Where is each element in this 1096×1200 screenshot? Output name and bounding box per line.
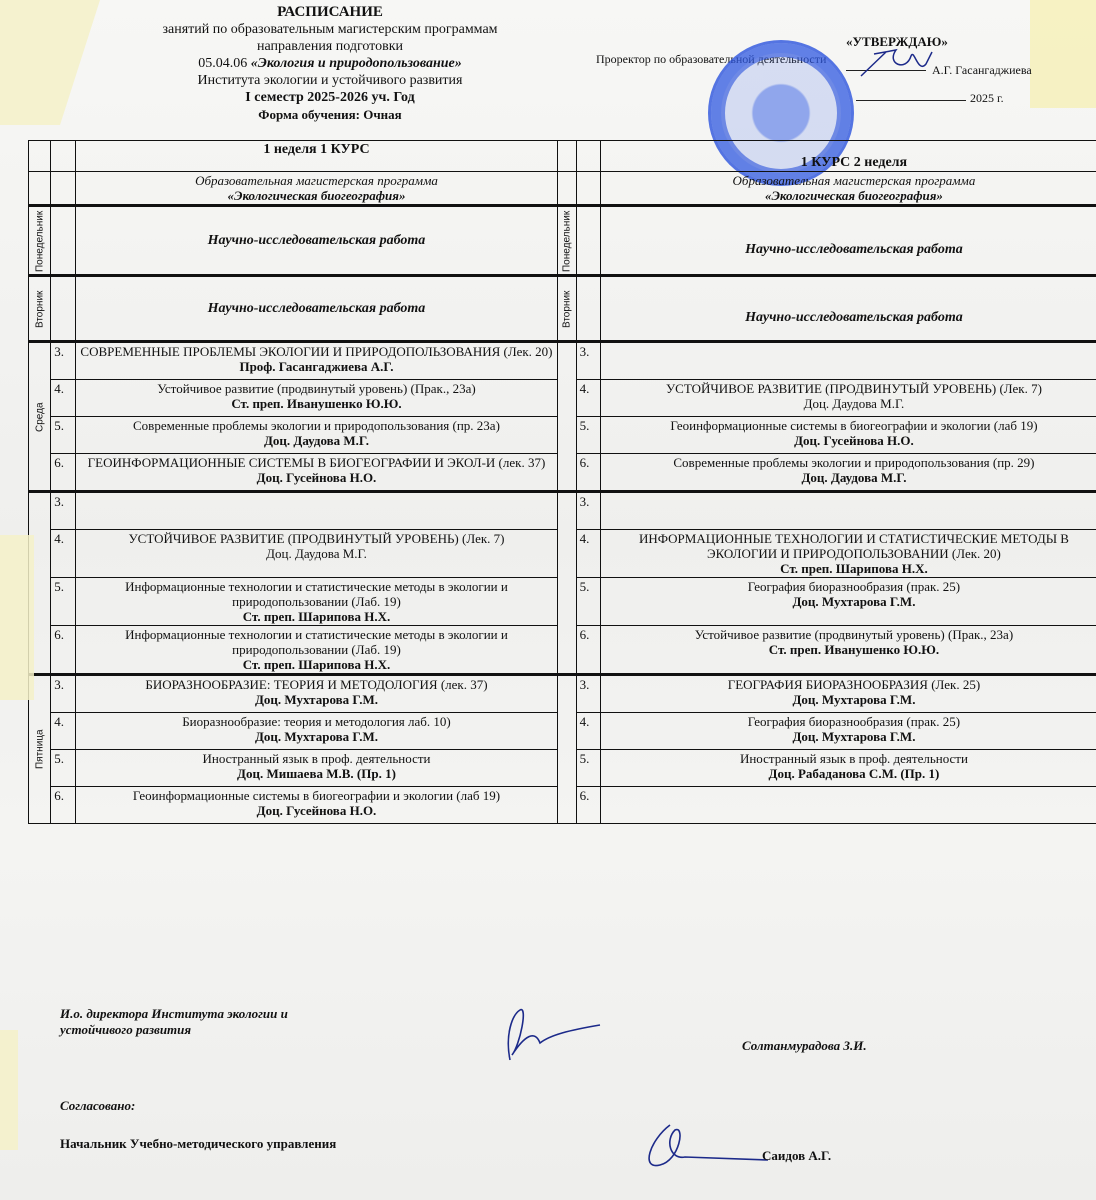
wednesday-w2-lesson-6: Современные проблемы экологии и природоп…: [600, 454, 1096, 492]
signature-icon: [856, 44, 936, 84]
header-semester: I семестр 2025-2026 уч. Год: [110, 89, 550, 106]
subject: ГЕОИНФОРМАЦИОННЫЕ СИСТЕМЫ В БИОГЕОГРАФИИ…: [79, 455, 555, 470]
subject: ИНФОРМАЦИОННЫЕ ТЕХНОЛОГИИ И СТАТИСТИЧЕСК…: [604, 531, 1096, 561]
teacher: Доц. Рабаданова С.М. (Пр. 1): [604, 766, 1096, 781]
subject: Информационные технологии и статистическ…: [79, 627, 555, 657]
teacher: Доц. Мухтарова Г.М.: [604, 594, 1096, 609]
tuesday-week1-nir: Научно-исследовательская работа: [75, 276, 558, 342]
thursday-w1-lesson-5: Информационные технологии и статистическ…: [75, 578, 558, 626]
day-monday-w2: Понедельник: [558, 206, 576, 276]
lesson-number: 6.: [51, 454, 75, 492]
subject: География биоразнообразия (прак. 25): [604, 714, 1096, 729]
lesson-number: 4.: [51, 713, 75, 750]
director-name: Солтанмурадова З.И.: [742, 1038, 867, 1054]
document-title: РАСПИСАНИЕ: [110, 4, 550, 21]
subject: Устойчивое развитие (продвинутый уровень…: [604, 627, 1096, 642]
friday-w1-lesson-5: Иностранный язык в проф. деятельностиДоц…: [75, 750, 558, 787]
lesson-number: 5.: [51, 417, 75, 454]
approval-name: А.Г. Гасангаджиева: [932, 63, 1032, 78]
director-role: И.о. директора Института экологии и усто…: [60, 1006, 360, 1038]
subject: Информационные технологии и статистическ…: [79, 579, 555, 609]
tuesday-week2-nir: Научно-исследовательская работа: [600, 276, 1096, 342]
tape-top-right: [1030, 0, 1096, 108]
lesson-number: 5.: [576, 578, 600, 626]
lesson-number: 5.: [51, 750, 75, 787]
teacher: Доц. Мухтарова Г.М.: [79, 692, 555, 707]
wednesday-w1-lesson-4: Устойчивое развитие (продвинутый уровень…: [75, 380, 558, 417]
teacher: Проф. Гасангаджиева А.Г.: [79, 359, 555, 374]
teacher: Доц. Гусейнова Н.О.: [79, 470, 555, 485]
lesson-number: 6.: [576, 626, 600, 675]
friday-w2-lesson-6: [600, 787, 1096, 824]
teacher: Доц. Мухтарова Г.М.: [604, 692, 1096, 707]
subject: СОВРЕМЕННЫЕ ПРОБЛЕМЫ ЭКОЛОГИИ И ПРИРОДОП…: [79, 344, 555, 359]
friday-w2-lesson-5: Иностранный язык в проф. деятельностиДоц…: [600, 750, 1096, 787]
teacher: Доц. Даудова М.Г.: [79, 433, 555, 448]
subject: Геоинформационные системы в биогеографии…: [604, 418, 1096, 433]
teacher: Доц. Даудова М.Г.: [604, 396, 1096, 411]
teacher: Ст. преп. Шарипова Н.Х.: [79, 609, 555, 624]
thursday-w1-lesson-6: Информационные технологии и статистическ…: [75, 626, 558, 675]
day-tuesday: Вторник: [29, 276, 51, 342]
lesson-number: 4.: [51, 380, 75, 417]
lesson-number: 3.: [51, 492, 75, 530]
teacher: Доц. Мишаева М.В. (Пр. 1): [79, 766, 555, 781]
lesson-number: 3.: [576, 675, 600, 713]
subject: Современные проблемы экологии и природоп…: [79, 418, 555, 433]
monday-week1-nir: Научно-исследовательская работа: [75, 206, 558, 276]
friday-w2-lesson-3: ГЕОГРАФИЯ БИОРАЗНООБРАЗИЯ (Лек. 25)Доц. …: [600, 675, 1096, 713]
friday-w1-lesson-3: БИОРАЗНООБРАЗИЕ: ТЕОРИЯ И МЕТОДОЛОГИЯ (л…: [75, 675, 558, 713]
thursday-w1-lesson-4: УСТОЙЧИВОЕ РАЗВИТИЕ (ПРОДВИНУТЫЙ УРОВЕНЬ…: [75, 530, 558, 578]
date-line: [856, 100, 966, 101]
monday-week2-nir: Научно-исследовательская работа: [600, 206, 1096, 276]
subject: БИОРАЗНООБРАЗИЕ: ТЕОРИЯ И МЕТОДОЛОГИЯ (л…: [79, 677, 555, 692]
lesson-number: 4.: [576, 380, 600, 417]
friday-w1-lesson-4: Биоразнообразие: теория и методология ла…: [75, 713, 558, 750]
thursday-w2-lesson-4: ИНФОРМАЦИОННЫЕ ТЕХНОЛОГИИ И СТАТИСТИЧЕСК…: [600, 530, 1096, 578]
wednesday-w1-lesson-3: СОВРЕМЕННЫЕ ПРОБЛЕМЫ ЭКОЛОГИИ И ПРИРОДОП…: [75, 342, 558, 380]
week1-program: Образовательная магистерская программа«Э…: [75, 172, 558, 206]
wednesday-w2-lesson-3: [600, 342, 1096, 380]
teacher: Ст. преп. Шарипова Н.Х.: [604, 561, 1096, 576]
tape-bottom-left: [0, 1030, 18, 1150]
teacher: Доц. Мухтарова Г.М.: [79, 729, 555, 744]
subject: Устойчивое развитие (продвинутый уровень…: [79, 381, 555, 396]
thursday-w2-lesson-3: [600, 492, 1096, 530]
thursday-w1-lesson-3: [75, 492, 558, 530]
wednesday-w1-lesson-5: Современные проблемы экологии и природоп…: [75, 417, 558, 454]
lesson-number: 3.: [576, 492, 600, 530]
day-tuesday-w2: Вторник: [558, 276, 576, 342]
program-code: 05.04.06: [198, 56, 247, 71]
lesson-number: 6.: [576, 454, 600, 492]
lesson-row: Пятница3.БИОРАЗНООБРАЗИЕ: ТЕОРИЯ И МЕТОД…: [29, 675, 1096, 713]
lesson-number: 4.: [576, 530, 600, 578]
lesson-number: 5.: [576, 417, 600, 454]
header-program: 05.04.06 «Экология и природопользование»: [110, 55, 550, 72]
wednesday-w2-lesson-4: УСТОЙЧИВОЕ РАЗВИТИЕ (ПРОДВИНУТЫЙ УРОВЕНЬ…: [600, 380, 1096, 417]
lesson-number: 6.: [51, 787, 75, 824]
week2-title: 1 КУРС 2 неделя: [600, 141, 1096, 172]
friday-w2-lesson-4: География биоразнообразия (прак. 25)Доц.…: [600, 713, 1096, 750]
lesson-number: 4.: [576, 713, 600, 750]
lesson-number: 3.: [576, 342, 600, 380]
agreed-label: Согласовано:: [60, 1098, 135, 1114]
thursday-w2-lesson-6: Устойчивое развитие (продвинутый уровень…: [600, 626, 1096, 675]
week1-title: 1 неделя 1 КУРС: [75, 141, 558, 172]
head-signature-icon: [630, 1115, 770, 1175]
teacher: Доц. Даудова М.Г.: [79, 546, 555, 561]
lesson-row: 3.3.: [29, 492, 1096, 530]
teacher: Доц. Даудова М.Г.: [604, 470, 1096, 485]
teacher: Доц. Мухтарова Г.М.: [604, 729, 1096, 744]
lesson-row: Среда3.СОВРЕМЕННЫЕ ПРОБЛЕМЫ ЭКОЛОГИИ И П…: [29, 342, 1096, 380]
subject: Иностранный язык в проф. деятельности: [79, 751, 555, 766]
subject: УСТОЙЧИВОЕ РАЗВИТИЕ (ПРОДВИНУТЫЙ УРОВЕНЬ…: [604, 381, 1096, 396]
subject: Иностранный язык в проф. деятельности: [604, 751, 1096, 766]
friday-w1-lesson-6: Геоинформационные системы в биогеографии…: [75, 787, 558, 824]
document-header: РАСПИСАНИЕ занятий по образовательным ма…: [110, 4, 550, 123]
subject: УСТОЙЧИВОЕ РАЗВИТИЕ (ПРОДВИНУТЫЙ УРОВЕНЬ…: [79, 531, 555, 546]
teacher: Ст. преп. Иванушенко Ю.Ю.: [604, 642, 1096, 657]
week2-program: Образовательная магистерская программа«Э…: [600, 172, 1096, 206]
header-line2: направления подготовки: [110, 38, 550, 55]
teacher: Ст. преп. Иванушенко Ю.Ю.: [79, 396, 555, 411]
header-institute: Института экологии и устойчивого развити…: [110, 72, 550, 89]
teacher: Ст. преп. Шарипова Н.Х.: [79, 657, 555, 672]
header-line1: занятий по образовательным магистерским …: [110, 21, 550, 38]
tape-middle-left: [0, 535, 34, 700]
subject: Современные проблемы экологии и природоп…: [604, 455, 1096, 470]
approval-year: 2025 г.: [970, 91, 1004, 106]
thursday-w2-lesson-5: География биоразнообразия (прак. 25)Доц.…: [600, 578, 1096, 626]
lesson-number: 6.: [51, 626, 75, 675]
subject: Биоразнообразие: теория и методология ла…: [79, 714, 555, 729]
teacher: Доц. Гусейнова Н.О.: [604, 433, 1096, 448]
lesson-number: 6.: [576, 787, 600, 824]
director-signature-icon: [490, 1005, 610, 1065]
teacher: Доц. Гусейнова Н.О.: [79, 803, 555, 818]
head-role: Начальник Учебно-методического управлени…: [60, 1136, 336, 1152]
subject: ГЕОГРАФИЯ БИОРАЗНООБРАЗИЯ (Лек. 25): [604, 677, 1096, 692]
lesson-number: 5.: [51, 578, 75, 626]
lesson-number: 4.: [51, 530, 75, 578]
lesson-number: 3.: [51, 342, 75, 380]
header-form: Форма обучения: Очная: [110, 106, 550, 123]
wednesday-w1-lesson-6: ГЕОИНФОРМАЦИОННЫЕ СИСТЕМЫ В БИОГЕОГРАФИИ…: [75, 454, 558, 492]
program-name: «Экология и природопользование»: [251, 56, 462, 71]
lesson-number: 3.: [51, 675, 75, 713]
subject: География биоразнообразия (прак. 25): [604, 579, 1096, 594]
subject: Геоинформационные системы в биогеографии…: [79, 788, 555, 803]
schedule-table: 1 неделя 1 КУРС 1 КУРС 2 неделя Образова…: [28, 140, 1096, 824]
head-name: Саидов А.Г.: [762, 1148, 831, 1164]
day-monday: Понедельник: [29, 206, 51, 276]
wednesday-w2-lesson-5: Геоинформационные системы в биогеографии…: [600, 417, 1096, 454]
lesson-number: 5.: [576, 750, 600, 787]
day-wednesday: Среда: [29, 342, 51, 492]
